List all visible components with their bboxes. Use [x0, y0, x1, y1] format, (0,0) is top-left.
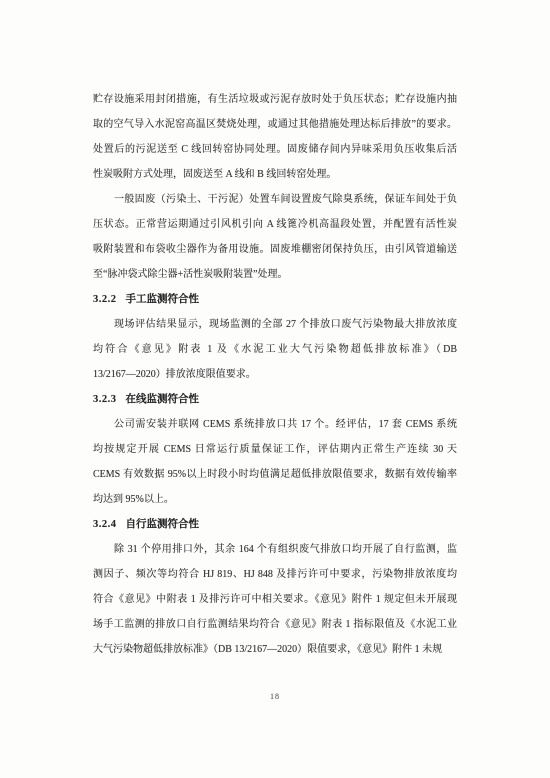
text-line: 压状态。正常营运期通过引风机引向 A 线篦冷机高温段处置，并配置有活性炭	[93, 212, 457, 237]
text-line: 大气污染物超低排放标准》（DB 13/2167—2020）限值要求，《意见》附件…	[93, 637, 457, 662]
text-line: 取的空气导入水泥窑高温区焚烧处理，或通过其他措施处理达标后排放”的要求。	[93, 112, 457, 137]
text-line: 场手工监测的排放口自行监测结果均符合《意见》附表 1 指标限值及《水泥工业	[93, 612, 457, 637]
text-line: 性炭吸附方式处理，固废送至 A 线和 B 线回转窑处理。	[93, 162, 457, 187]
text-line: 吸附装置和布袋收尘器作为备用设施。固废堆棚密闭保持负压，由引风管道输送	[93, 237, 457, 262]
section-number: 3.2.3	[93, 394, 117, 405]
text-line: 均达到 95%以上。	[93, 487, 457, 512]
text-line: 至“脉冲袋式除尘器+活性炭吸附装置”处理。	[93, 262, 457, 287]
document-page: 贮存设施采用封闭措施，有生活垃圾或污泥存放时处于负压状态；贮存设施内抽取的空气导…	[0, 0, 550, 778]
text-line: 一般固废（污染土、干污泥）处置车间设置废气除臭系统，保证车间处于负	[93, 187, 457, 212]
section-number: 3.2.2	[93, 294, 117, 305]
section-heading: 3.2.2手工监测符合性	[93, 287, 457, 312]
section-title: 在线监测符合性	[126, 394, 200, 405]
text-line: 除 31 个停用排口外，其余 164 个有组织废气排放口均开展了自行监测，监	[93, 537, 457, 562]
text-line: 测因子、频次等均符合 HJ 819、HJ 848 及排污许可中要求，污染物排放浓…	[93, 562, 457, 587]
text-line: 公司需安装并联网 CEMS 系统排放口共 17 个。经评估，17 套 CEMS …	[93, 412, 457, 437]
section-heading: 3.2.3在线监测符合性	[93, 387, 457, 412]
section-heading: 3.2.4自行监测符合性	[93, 512, 457, 537]
paragraph: 公司需安装并联网 CEMS 系统排放口共 17 个。经评估，17 套 CEMS …	[93, 412, 457, 512]
paragraph: 现场评估结果显示，现场监测的全部 27 个排放口废气污染物最大排放浓度均符合《意…	[93, 312, 457, 387]
text-line: 13/2167—2020）排放浓度限值要求。	[93, 362, 457, 387]
paragraph: 除 31 个停用排口外，其余 164 个有组织废气排放口均开展了自行监测，监测因…	[93, 537, 457, 662]
page-number: 18	[93, 692, 457, 701]
section-title: 自行监测符合性	[126, 519, 200, 530]
paragraph: 一般固废（污染土、干污泥）处置车间设置废气除臭系统，保证车间处于负压状态。正常营…	[93, 187, 457, 287]
paragraph: 贮存设施采用封闭措施，有生活垃圾或污泥存放时处于负压状态；贮存设施内抽取的空气导…	[93, 87, 457, 187]
text-block: 贮存设施采用封闭措施，有生活垃圾或污泥存放时处于负压状态；贮存设施内抽取的空气导…	[93, 87, 457, 662]
text-line: 现场评估结果显示，现场监测的全部 27 个排放口废气污染物最大排放浓度	[93, 312, 457, 337]
text-line: 贮存设施采用封闭措施，有生活垃圾或污泥存放时处于负压状态；贮存设施内抽	[93, 87, 457, 112]
section-number: 3.2.4	[93, 519, 117, 530]
text-line: 处置后的污泥送至 C 线回转窑协同处理。固废储存间内异味采用负压收集后活	[93, 137, 457, 162]
text-line: 均符合《意见》附表 1 及《水泥工业大气污染物超低排放标准》（DB	[93, 337, 457, 362]
text-line: 均按规定开展 CEMS 日常运行质量保证工作，评估期内正常生产连续 30 天	[93, 437, 457, 462]
text-line: 符合《意见》中附表 1 及排污许可中相关要求。《意见》附件 1 规定但未开展现	[93, 587, 457, 612]
text-line: CEMS 有效数据 95%以上时段小时均值满足超低排放限值要求，数据有效传输率	[93, 462, 457, 487]
section-title: 手工监测符合性	[126, 294, 200, 305]
